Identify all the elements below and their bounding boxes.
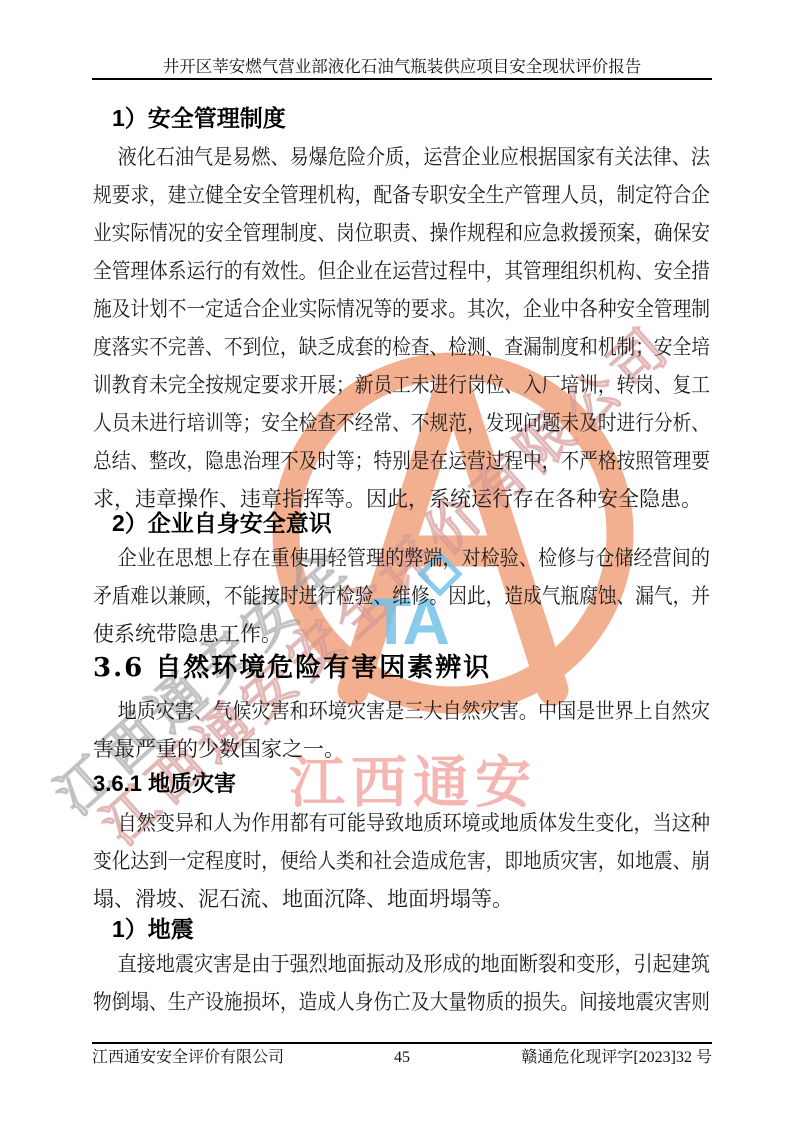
footer-page-number: 45 bbox=[92, 1047, 712, 1069]
paragraph-natural-disasters: 地质灾害、气候灾害和环境灾害是三大自然灾害。中国是世界上自然灾害最严重的少数国家… bbox=[93, 692, 710, 768]
paragraph-line: 规要求，建立健全安全管理机构，配备专职安全生产管理人员，制定符合企 bbox=[93, 176, 642, 214]
page-header-title: 井开区莘安燃气营业部液化石油气瓶装供应项目安全现状评价报告 bbox=[92, 56, 712, 77]
paragraph-line: 使系统带隐患工作。 bbox=[93, 615, 710, 653]
paragraph-line: 矛盾难以兼顾，不能按时进行检验、维修。因此，造成气瓶腐蚀、漏气，并 bbox=[93, 577, 642, 615]
paragraph-line: 施及计划不一定适合企业实际情况等的要求。其次，企业中各种安全管理制 bbox=[93, 290, 642, 328]
paragraph-line: 变化达到一定程度时，便给人类和社会造成危害，即地质灾害，如地震、崩 bbox=[93, 842, 642, 880]
paragraph-line: 企业在思想上存在重使用轻管理的弊端，对检验、检修与仓储经营间的 bbox=[93, 539, 654, 577]
paragraph-enterprise-safety-awareness: 企业在思想上存在重使用轻管理的弊端，对检验、检修与仓储经营间的矛盾难以兼顾，不能… bbox=[93, 539, 710, 653]
paragraph-earthquake: 直接地震灾害是由于强烈地面振动及形成的地面断裂和变形，引起建筑物倒塌、生产设施损… bbox=[93, 945, 710, 1021]
paragraph-line: 训教育未完全按规定要求开展；新员工未进行岗位、入厂培训，转岗、复工 bbox=[93, 366, 642, 404]
heading-section-3-6-1: 3.6.1 地质灾害 bbox=[93, 765, 710, 803]
heading-enterprise-safety-awareness: 2）企业自身安全意识 bbox=[93, 504, 710, 542]
paragraph-line: 物倒塌、生产设施损坏，造成人身伤亡及大量物质的损失。间接地震灾害则 bbox=[93, 983, 642, 1021]
paragraph-line: 度落实不完善、不到位，缺乏成套的检查、检测、查漏制度和机制；安全培 bbox=[93, 328, 642, 366]
page-header: 井开区莘安燃气营业部液化石油气瓶装供应项目安全现状评价报告 bbox=[92, 56, 712, 80]
paragraph-safety-management-system: 液化石油气是易燃、易爆危险介质，运营企业应根据国家有关法律、法规要求，建立健全安… bbox=[93, 138, 710, 518]
heading-earthquake: 1）地震 bbox=[93, 910, 710, 948]
paragraph-line: 直接地震灾害是由于强烈地面振动及形成的地面断裂和变形，引起建筑 bbox=[93, 945, 654, 983]
paragraph-line: 害最严重的少数国家之一。 bbox=[93, 730, 710, 768]
paragraph-line: 人员未进行培训等；安全检查不经常、不规范，发现问题未及时进行分析、 bbox=[93, 404, 642, 442]
paragraph-line: 地质灾害、气候灾害和环境灾害是三大自然灾害。中国是世界上自然灾 bbox=[93, 692, 654, 730]
paragraph-line: 自然变异和人为作用都有可能导致地质环境或地质体发生变化，当这种 bbox=[93, 804, 654, 842]
paragraph-line: 业实际情况的安全管理制度、岗位职责、操作规程和应急救援预案，确保安 bbox=[93, 214, 642, 252]
paragraph-line: 总结、整改，隐患治理不及时等；特别是在运营过程中，不严格按照管理要 bbox=[93, 442, 642, 480]
paragraph-line: 液化石油气是易燃、易爆危险介质，运营企业应根据国家有关法律、法 bbox=[93, 138, 654, 176]
heading-safety-management-system: 1）安全管理制度 bbox=[93, 99, 710, 137]
document-page: 江西通安安全 江西通安安全评价有限公司 TA 江西通安 井开区莘安燃气营业部液化… bbox=[0, 0, 800, 1131]
page-footer: 江西通安安全评价有限公司 45 赣通危化现评字[2023]32 号 bbox=[92, 1042, 712, 1069]
paragraph-line: 全管理体系运行的有效性。但企业在运营过程中，其管理组织机构、安全措 bbox=[93, 252, 642, 290]
heading-section-3-6: 3.6 自然环境危险有害因素辨识 bbox=[93, 649, 710, 687]
paragraph-geological-disasters: 自然变异和人为作用都有可能导致地质环境或地质体发生变化，当这种变化达到一定程度时… bbox=[93, 804, 710, 918]
